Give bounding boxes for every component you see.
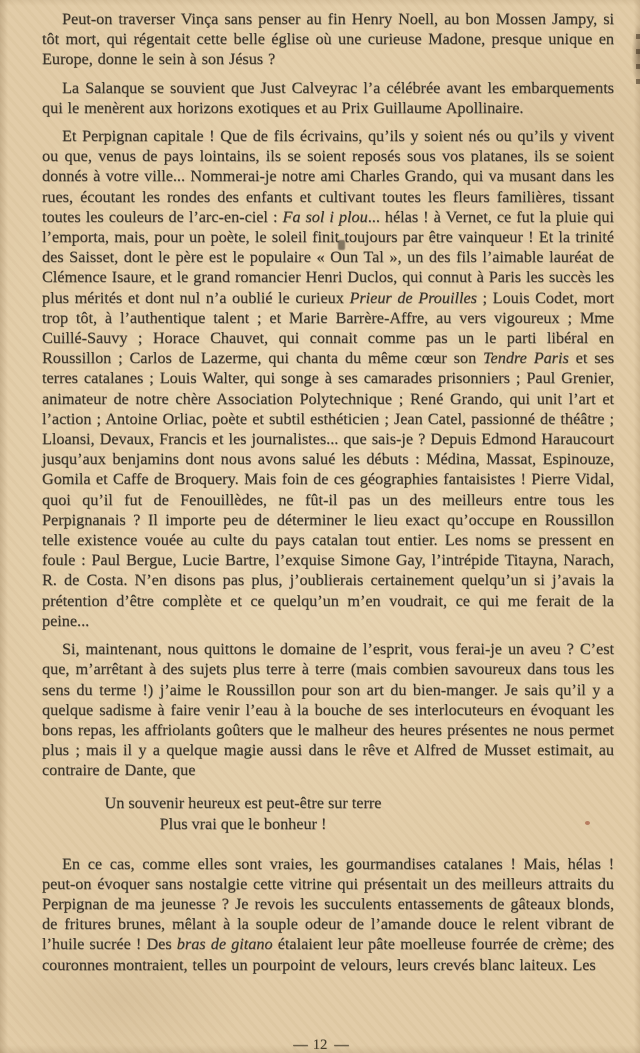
verse-line-2: Plus vrai que le bonheur !: [42, 814, 444, 835]
verse-line-1: Un souvenir heureux est peut-être sur te…: [42, 793, 444, 814]
text-run: Peut-on traverser Vinça sans penser au f…: [42, 10, 614, 68]
verse-quotation: Un souvenir heureux est peut-être sur te…: [42, 793, 444, 835]
paragraph-1: Peut-on traverser Vinça sans penser au f…: [42, 9, 614, 70]
text-block: Peut-on traverser Vinça sans penser au f…: [0, 0, 640, 975]
scan-edge-mark: [636, 24, 640, 84]
text-run: Si, maintenant, nous quittons le domaine…: [42, 640, 614, 779]
paper-speck: [430, 668, 434, 672]
page-number: 12: [313, 1037, 328, 1053]
footer-rule-right: —: [334, 1032, 347, 1053]
italic-text-run: Prieur de Prouilles: [349, 289, 476, 307]
paragraph-2: La Salanque se souvient que Just Calveyr…: [42, 78, 614, 118]
text-run: et ses terres catalanes ; Louis Walter, …: [42, 349, 614, 630]
page-footer: —12—: [0, 1037, 640, 1053]
ink-blot: [338, 240, 345, 250]
italic-text-run: Fa sol i plou: [282, 208, 367, 226]
italic-text-run: Tendre Paris: [483, 349, 569, 367]
text-run: La Salanque se souvient que Just Calveyr…: [42, 79, 614, 117]
paragraph-4: Si, maintenant, nous quittons le domaine…: [42, 639, 614, 780]
red-speck: [585, 821, 590, 825]
italic-text-run: bras de gitano: [177, 935, 273, 953]
paragraph-5: En ce cas, comme elles sont vraies, les …: [42, 854, 614, 975]
footer-rule-left: —: [293, 1032, 306, 1053]
paragraph-3: Et Perpignan capitale ! Que de fils écri…: [42, 126, 614, 631]
scanned-book-page: Peut-on traverser Vinça sans penser au f…: [0, 0, 640, 1053]
